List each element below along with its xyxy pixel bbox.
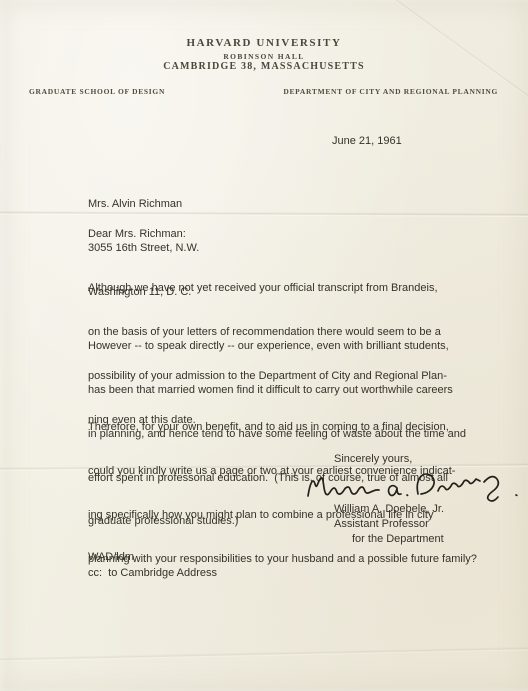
letterhead-department: DEPARTMENT OF CITY AND REGIONAL PLANNING	[283, 87, 498, 96]
paragraph-line: Although we have not yet received your o…	[88, 281, 447, 296]
fold-crease-top	[0, 211, 528, 217]
cc-line: cc: to Cambridge Address	[88, 566, 217, 581]
letterhead-building: ROBINSON HALL	[0, 52, 528, 61]
letterhead-institution: HARVARD UNIVERSITY	[0, 37, 528, 49]
signature-title: Assistant Professor	[334, 517, 429, 532]
signature-department: for the Department	[352, 532, 444, 547]
paragraph-line: planning with your responsibilities to y…	[88, 552, 477, 567]
letterhead-school: GRADUATE SCHOOL OF DESIGN	[29, 87, 165, 96]
date-line: June 21, 1961	[332, 134, 402, 149]
signature-typed-name: William A. Doebele, Jr.	[334, 502, 444, 517]
salutation: Dear Mrs. Richman:	[88, 227, 186, 242]
letter-page: HARVARD UNIVERSITY ROBINSON HALL CAMBRID…	[0, 0, 528, 691]
letterhead-city: CAMBRIDGE 38, MASSACHUSETTS	[0, 61, 528, 72]
closing-line: Sincerely yours,	[334, 452, 412, 467]
paragraph-line: However -- to speak directly -- our expe…	[88, 339, 466, 354]
fold-crease-bottom	[0, 646, 528, 662]
paragraph-line: Therefore, for your own benefit, and to …	[88, 420, 477, 435]
recipient-name: Mrs. Alvin Richman	[88, 197, 199, 212]
reference-initials: WAD/ldm	[88, 550, 134, 565]
